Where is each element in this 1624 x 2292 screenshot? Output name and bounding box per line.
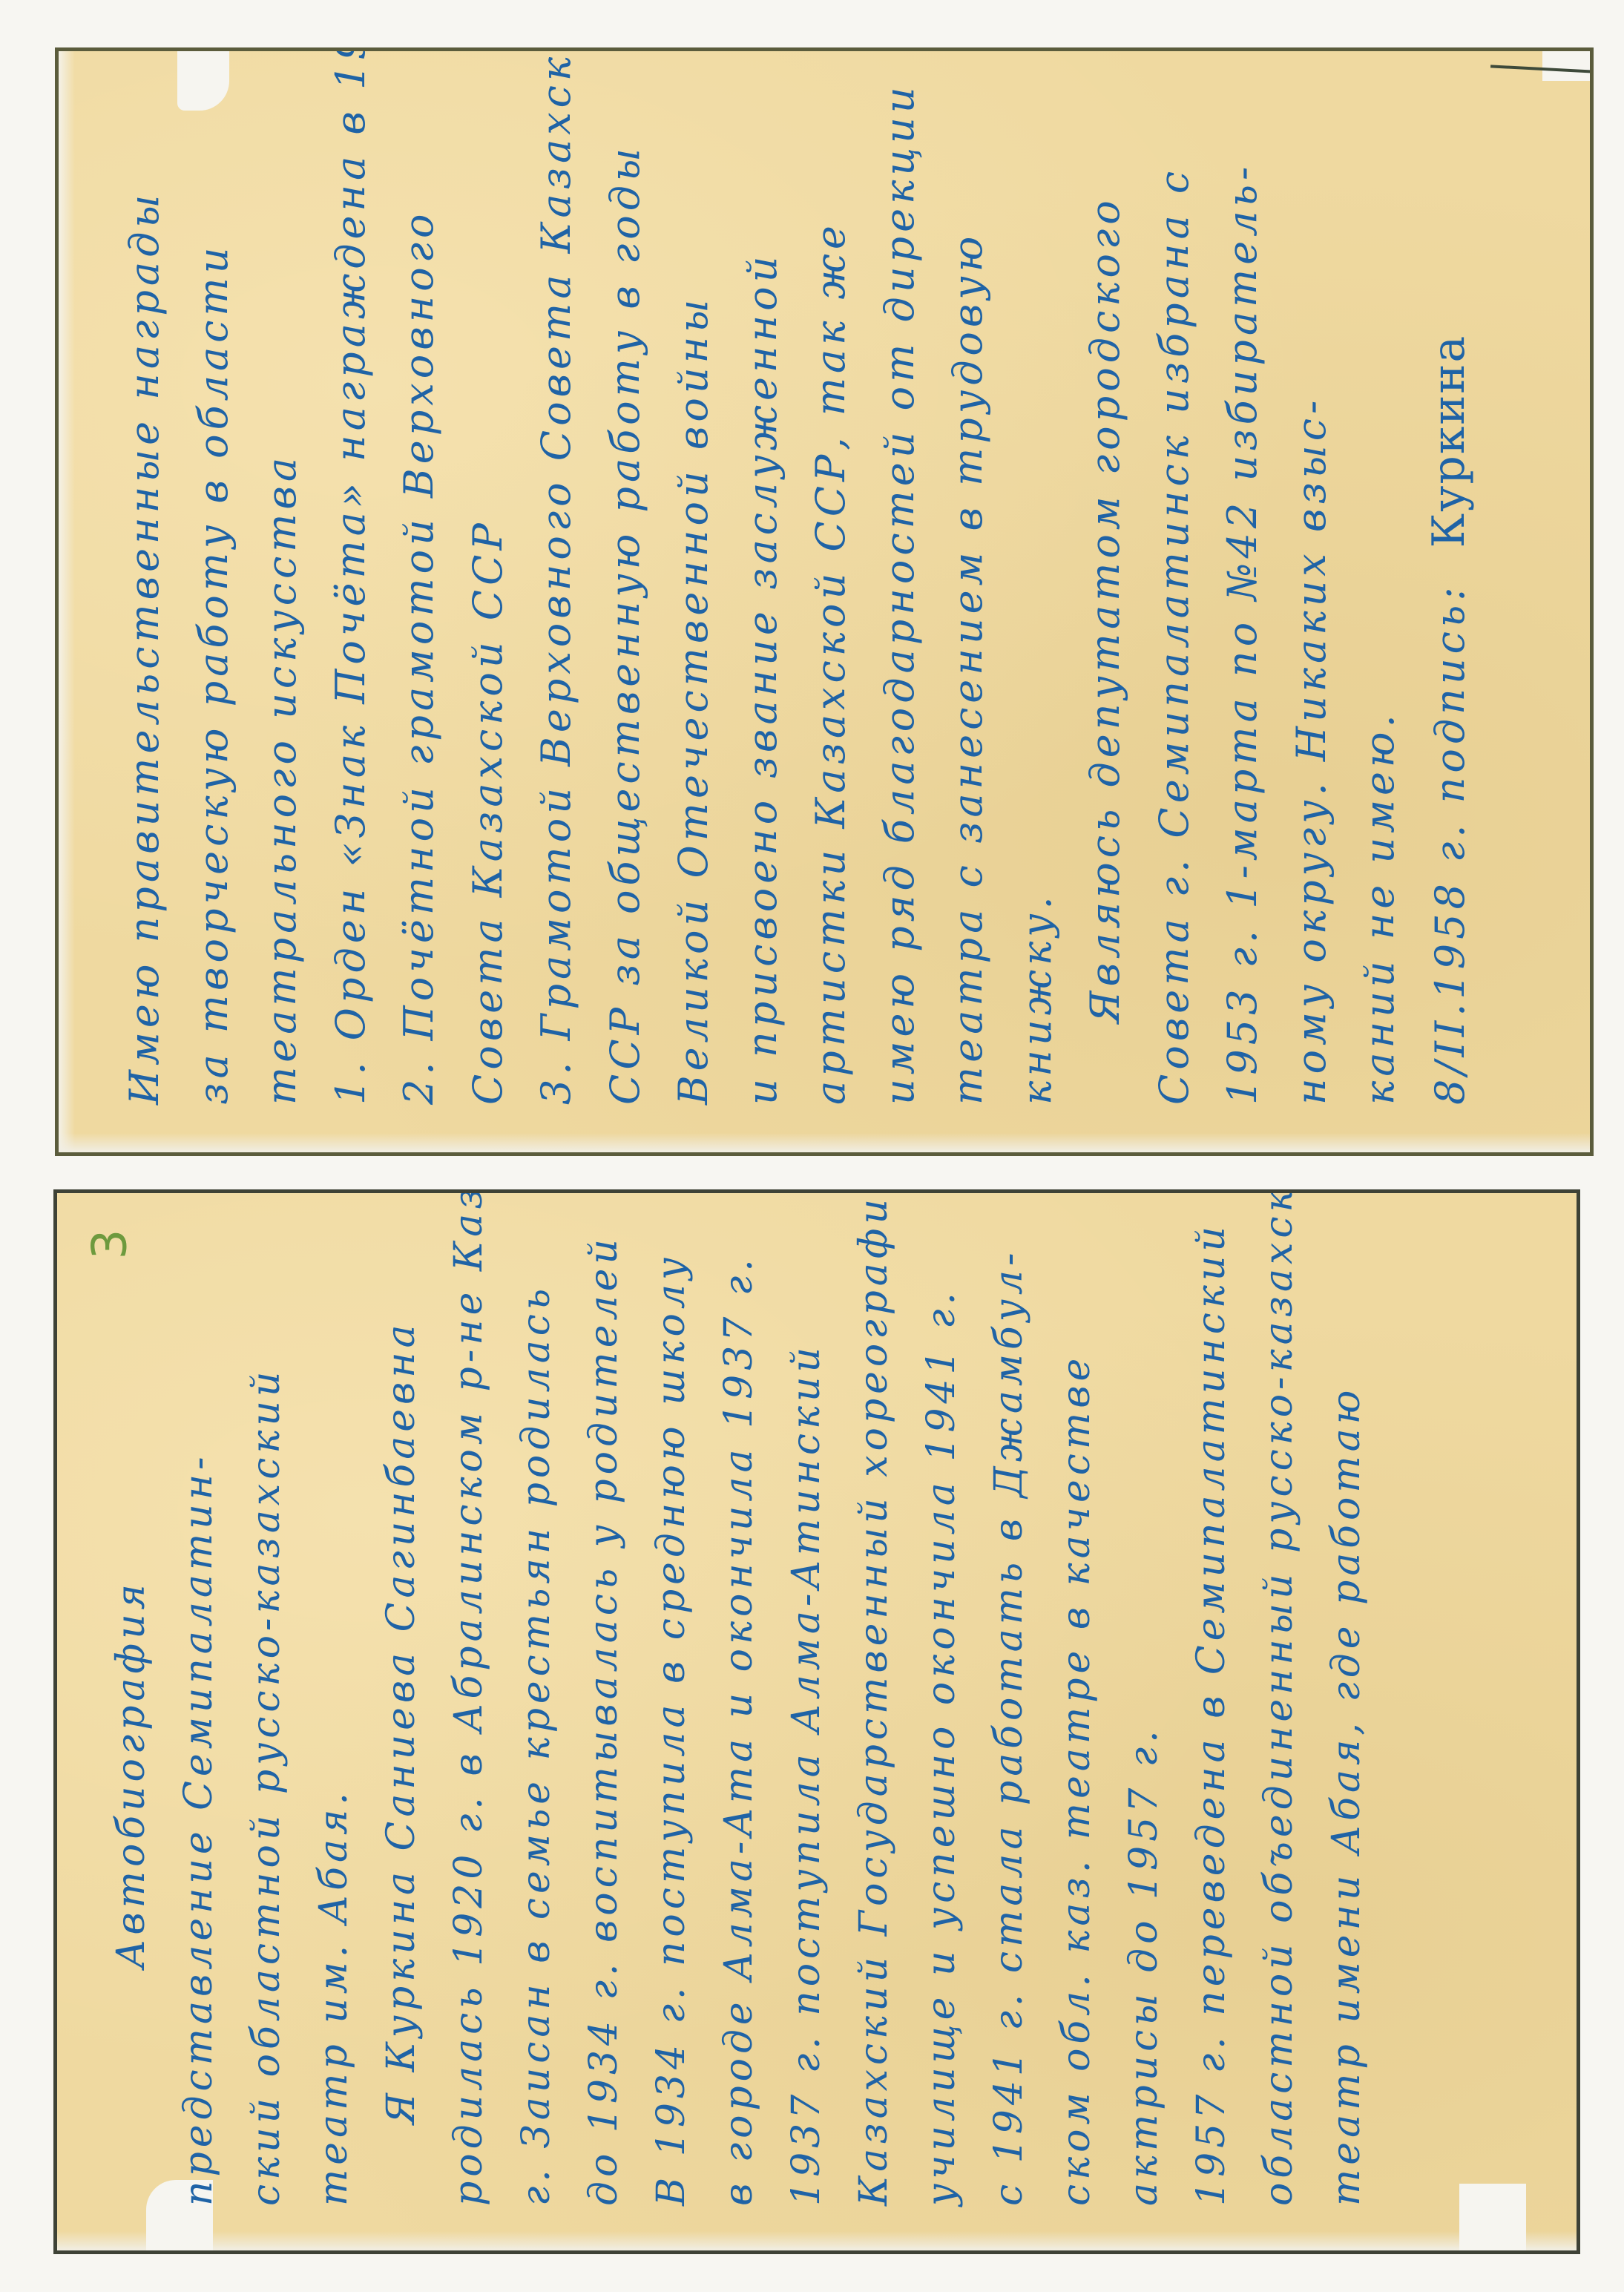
signature: Куркина — [1423, 335, 1475, 548]
scan-edge — [59, 51, 75, 1152]
text-line: книжку. — [1003, 66, 1072, 1134]
text-line: ному округу. Никаких взыс- — [1278, 66, 1347, 1134]
text-line: Я Куркина Саниева Сагинбаевна — [368, 1212, 435, 2236]
text-line: представление Семипалатин- — [165, 1212, 233, 2236]
text-line: Великой Отечественной войны — [660, 66, 729, 1134]
text-line: областной объединенный русско-казахский — [1246, 1212, 1313, 2236]
text-line: ский областной русско-казахский — [233, 1212, 300, 2236]
document-page-top: Имею правительственные награды за творче… — [55, 47, 1594, 1156]
text-line: имею ряд благодарностей от дирекции — [866, 66, 935, 1134]
text-line: театра с занесением в трудовую — [934, 66, 1003, 1134]
date-signature-line: 8/II.1958 г. подпись: Куркина — [1415, 66, 1484, 1134]
text-line: театр им. Абая. — [300, 1212, 368, 2236]
award-item-2: 2. Почётной грамотой Верховного — [385, 66, 454, 1134]
document-page-bottom: Автобиография представление Семипалатин-… — [53, 1189, 1580, 2254]
text-line: актрисы до 1957 г. — [1111, 1212, 1178, 2236]
text-line: Имею правительственные награды — [111, 66, 180, 1134]
text-line: Казахский Государственный хореографическ… — [841, 1212, 908, 2236]
top-page-text: Имею правительственные награды за творче… — [111, 66, 1579, 1134]
page-number: 3 — [82, 1229, 137, 1260]
award-item-1: 1. Орден «Знак Почёта» награждена в 1958 — [317, 66, 386, 1134]
text-line: театр имени Абая, где работаю — [1313, 1212, 1381, 2236]
award-item-3: 3. Грамотой Верховного Совета Казахской — [522, 66, 591, 1134]
text-line: 1937 г. поступила Алма-Атинский — [773, 1212, 841, 2236]
text-line: Совета Казахской ССР — [454, 66, 523, 1134]
text-line: г. Заисан в семье крестьян родилась — [503, 1212, 571, 2236]
text-line: Являюсь депутатом городского — [1071, 66, 1140, 1134]
text-line: театрального искусства — [248, 66, 317, 1134]
text-line: 1953 г. 1-марта по №42 избиратель- — [1209, 66, 1278, 1134]
text-line: Совета г. Семипалатинск избрана с — [1140, 66, 1209, 1134]
bottom-page-text: Автобиография представление Семипалатин-… — [98, 1212, 1567, 2236]
text-line: и присвоено звание заслуженной — [729, 66, 798, 1134]
text-line: В 1934 г. поступила в среднюю школу — [638, 1212, 706, 2236]
text-line: 1957 г. переведена в Семипалатинский — [1178, 1212, 1246, 2236]
text-line: с 1941 г. стала работать в Джамбул- — [976, 1212, 1043, 2236]
document-title: Автобиография — [98, 1212, 165, 2236]
text-line: до 1934 г. воспитывалась у родителей — [571, 1212, 638, 2236]
text-line: родилась 1920 г. в Абралинском р-не Каза… — [435, 1212, 503, 2236]
signature-label: подпись: — [1427, 582, 1473, 803]
text-line: каний не имею. — [1346, 66, 1415, 1134]
text-line: училище и успешно окончила 1941 г. — [908, 1212, 976, 2236]
text-line: артистки Казахской ССР, так же — [797, 66, 866, 1134]
document-date: 8/II.1958 г. — [1427, 821, 1473, 1105]
text-line: ССР за общественную работу в годы — [591, 66, 660, 1134]
text-line: за творческую работу в области — [180, 66, 249, 1134]
text-line: в городе Алма-Ата и окончила 1937 г. — [706, 1212, 773, 2236]
text-line: ском обл. каз. театре в качестве — [1043, 1212, 1111, 2236]
scan-edge — [59, 1133, 1590, 1152]
